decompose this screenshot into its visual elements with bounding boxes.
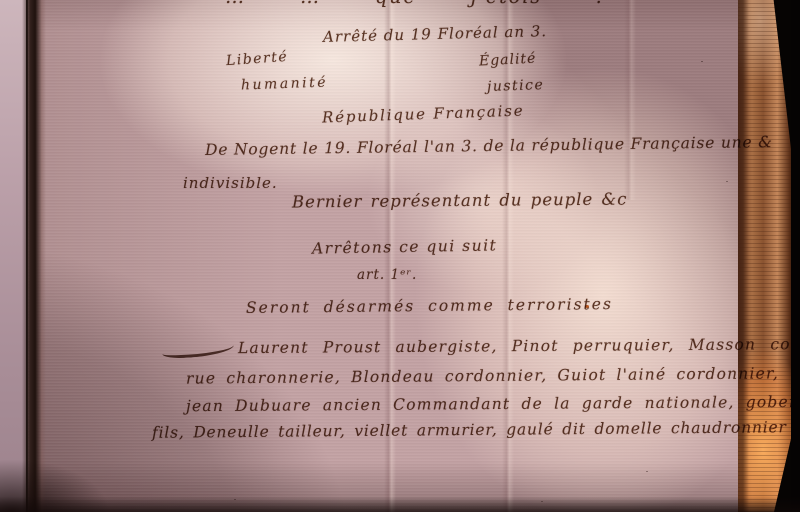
line-representative: Bernier représentant du peuple &c bbox=[292, 190, 628, 212]
line-article-text: Seront désarmés comme terroristes bbox=[246, 295, 613, 317]
line-article-number: art. 1ᵉʳ. bbox=[357, 267, 417, 283]
line-top-cropped: … … que j'étois ! bbox=[225, 0, 606, 8]
line-motto-humanite: humanité bbox=[241, 74, 329, 93]
line-names-1: Laurent Proust aubergiste, Pinot perruqu… bbox=[238, 335, 800, 357]
dark-background-strip bbox=[791, 0, 800, 512]
photograph-of-manuscript: … … que j'étois ! Arrêté du 19 Floréal a… bbox=[0, 0, 800, 512]
ink-specks bbox=[585, 305, 589, 308]
book-gutter-shadow bbox=[22, 0, 46, 512]
line-motto-egalite: Égalité bbox=[479, 51, 537, 70]
line-indivisible: indivisible. bbox=[183, 174, 278, 192]
fold-crease bbox=[624, 0, 636, 200]
line-motto-justice: justice bbox=[487, 77, 545, 95]
line-arretons: Arrêtons ce qui suit bbox=[312, 236, 498, 257]
